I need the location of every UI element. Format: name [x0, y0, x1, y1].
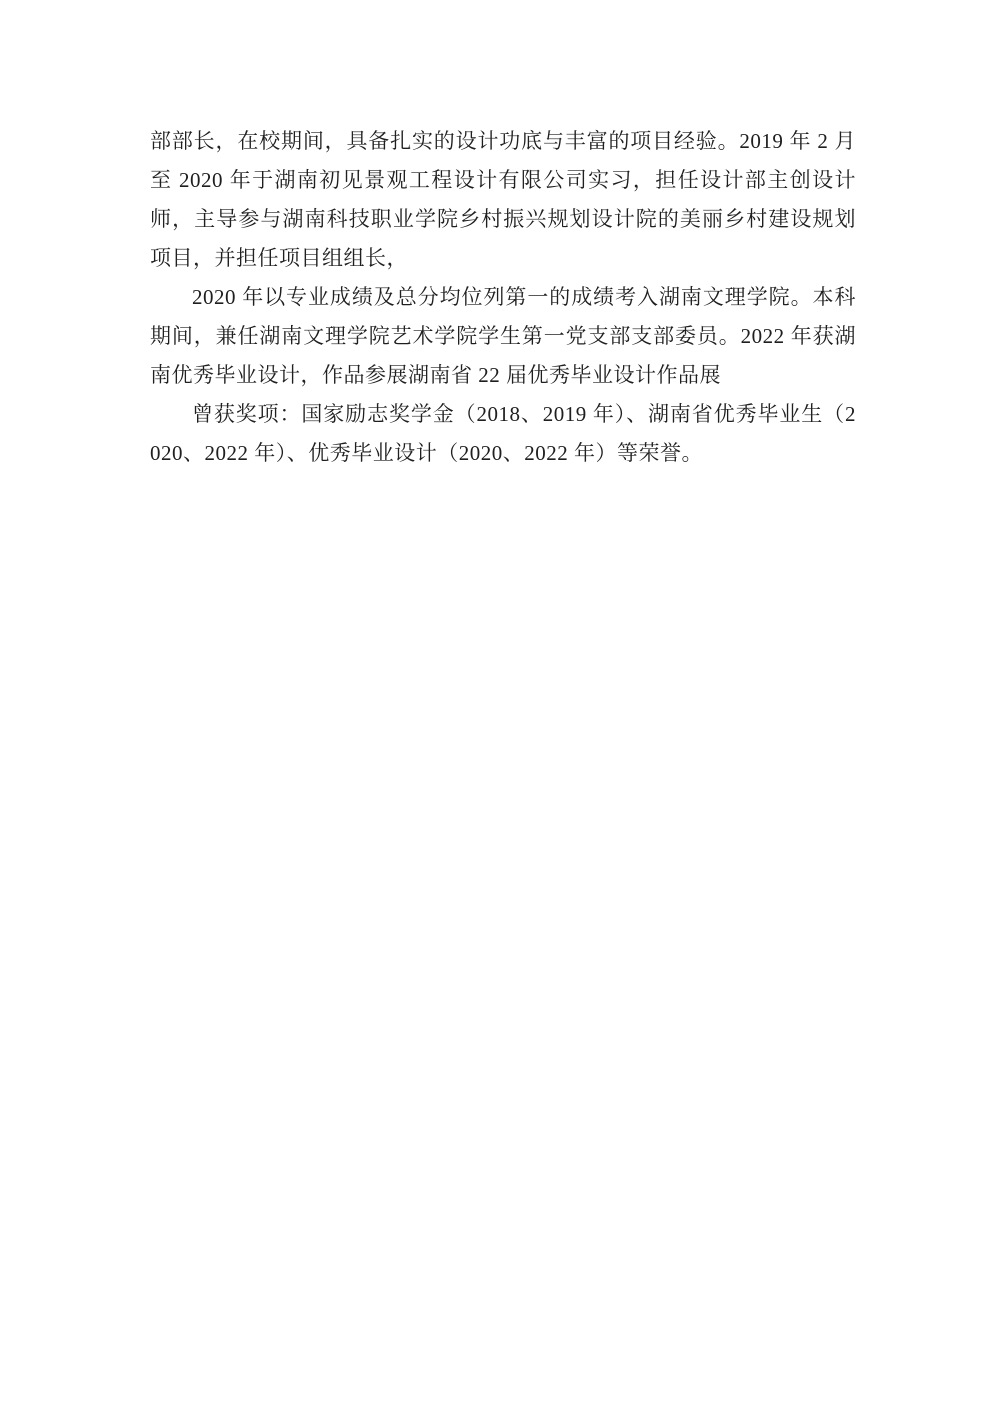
paragraph-awards: 曾获奖项：国家励志奖学金（2018、2019 年）、湖南省优秀毕业生（2020、…: [150, 395, 856, 473]
document-page: 部部长，在校期间，具备扎实的设计功底与丰富的项目经验。2019 年 2 月至 2…: [0, 0, 1000, 1415]
resume-text-block: 部部长，在校期间，具备扎实的设计功底与丰富的项目经验。2019 年 2 月至 2…: [150, 122, 856, 473]
paragraph-work-experience: 部部长，在校期间，具备扎实的设计功底与丰富的项目经验。2019 年 2 月至 2…: [150, 122, 856, 278]
paragraph-education: 2020 年以专业成绩及总分均位列第一的成绩考入湖南文理学院。本科期间，兼任湖南…: [150, 278, 856, 395]
